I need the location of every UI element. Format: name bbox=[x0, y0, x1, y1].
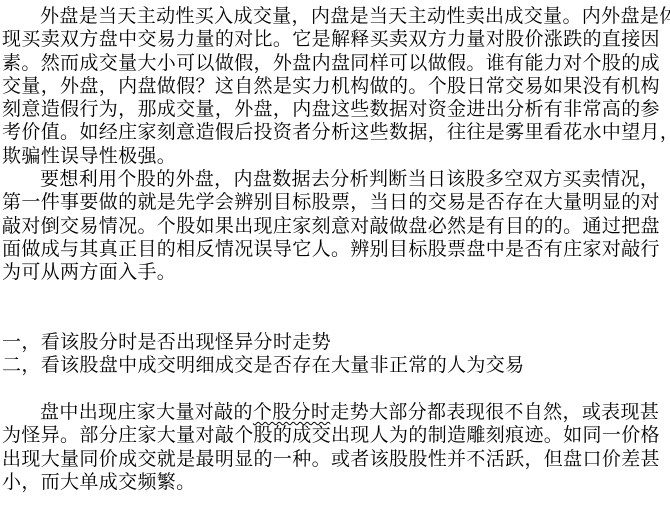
text-segment: 现买卖双方盘中交易力量的对比。它是解释买卖双方力量对股价涨跌的直接因 bbox=[2, 29, 660, 50]
text-segment: 欺骗性误导性极强。 bbox=[2, 146, 176, 167]
text-line: 第一件事要做的就是先学会辨别目标股票，当日的交易是否存在大量明显的对 bbox=[2, 191, 668, 214]
text-line: 素。然而成交量大小可以做假，外盘内盘同样可以做假。谁有能力对个股的成 bbox=[2, 52, 668, 75]
blank-line bbox=[2, 308, 668, 331]
text-segment: 敲对倒交易情况。个股如果出现庄家刻意对敲做盘必然是有目的的。通过把盘 bbox=[2, 216, 660, 237]
text-segment: 考价值。如经庄家刻意造假后投资者分析这些数据，往往是雾里看花水中望月， bbox=[2, 122, 670, 143]
text-segment: 一，看该股分时是否出现怪异分时走势 bbox=[2, 332, 331, 353]
text-line: 二，看该股盘中成交明细成交是否存在大量非正常的人为交易 bbox=[2, 354, 668, 377]
text-segment: 外盘是当天主动性买入成交量，内盘是当天主动性卖出成交量。内外盘是体 bbox=[40, 6, 670, 27]
text-segment: 为可从两方面入手。 bbox=[2, 262, 176, 283]
text-line: 现买卖双方盘中交易力量的对比。它是解释买卖双方力量对股价涨跌的直接因 bbox=[2, 28, 668, 51]
text-segment: 要想利用个股的外盘，内盘数据去分析判断当日该股多空双方买卖情况， bbox=[40, 169, 659, 190]
text-segment: 面做成与其真正目的相反情况误导它人。辨别目标股票盘中是否有庄家对敲行 bbox=[2, 239, 660, 260]
text-line: 面做成与其真正目的相反情况误导它人。辨别目标股票盘中是否有庄家对敲行 bbox=[2, 238, 668, 261]
text-line: 刻意造假行为，那成交量，外盘，内盘这些数据对资金进出分析有非常高的参 bbox=[2, 98, 668, 121]
text-line: 考价值。如经庄家刻意造假后投资者分析这些数据，往往是雾里看花水中望月， bbox=[2, 121, 668, 144]
text-segment: 盘中出现庄家大量对敲的 bbox=[40, 402, 253, 423]
text-line: 出现大量同价成交就是最明显的一种。或者该股股性并不活跃，但盘口价差甚 bbox=[2, 448, 668, 471]
text-line: 要想利用个股的外盘，内盘数据去分析判断当日该股多空双方买卖情况， bbox=[2, 168, 668, 191]
text-line: 为可从两方面入手。 bbox=[2, 261, 668, 284]
text-line: 交量，外盘，内盘做假？这自然是实力机构做的。个股日常交易如果没有机构 bbox=[2, 75, 668, 98]
text-segment: 为怪异。部分庄家大量对敲个股的成交出现人为的制造雕刻痕迹。如同一价格 bbox=[2, 425, 660, 446]
text-line: 欺骗性误导性极强。 bbox=[2, 145, 668, 168]
text-line: 敲对倒交易情况。个股如果出现庄家刻意对敲做盘必然是有目的的。通过把盘 bbox=[2, 215, 668, 238]
text-segment: 交量，外盘，内盘做假？这自然是实力机构做的。个股日常交易如果没有机构 bbox=[2, 76, 660, 97]
text-segment: 出现大量同价成交就是最明显的一种。或者该股股性并不活跃，但盘口价差甚 bbox=[2, 449, 660, 470]
text-segment: 小，而大单成交频繁。 bbox=[2, 472, 196, 493]
text-segment: 刻意造假行为，那成交量，外盘，内盘这些数据对资金进出分析有非常高的参 bbox=[2, 99, 660, 120]
wavy-underlined-text: 个股分时 bbox=[253, 402, 330, 423]
text-line: 外盘是当天主动性买入成交量，内盘是当天主动性卖出成交量。内外盘是体 bbox=[2, 5, 668, 28]
blank-line bbox=[2, 378, 668, 401]
text-segment: 走势大部分都表现很不自然，或表现甚 bbox=[330, 402, 659, 423]
text-line: 一，看该股分时是否出现怪异分时走势 bbox=[2, 331, 668, 354]
text-line: 小，而大单成交频繁。 bbox=[2, 471, 668, 494]
text-segment: 第一件事要做的就是先学会辨别目标股票，当日的交易是否存在大量明显的对 bbox=[2, 192, 660, 213]
text-line: 为怪异。部分庄家大量对敲个股的成交出现人为的制造雕刻痕迹。如同一价格 bbox=[2, 424, 668, 447]
document-page: { "page": { "background": "#ffffff", "te… bbox=[0, 0, 670, 512]
text-line: 盘中出现庄家大量对敲的个股分时走势大部分都表现很不自然，或表现甚 bbox=[2, 401, 668, 424]
text-segment: 素。然而成交量大小可以做假，外盘内盘同样可以做假。谁有能力对个股的成 bbox=[2, 53, 660, 74]
blank-line bbox=[2, 285, 668, 308]
document-text: 外盘是当天主动性买入成交量，内盘是当天主动性卖出成交量。内外盘是体现买卖双方盘中… bbox=[0, 0, 670, 494]
text-segment: 二，看该股盘中成交明细成交是否存在大量非正常的人为交易 bbox=[2, 355, 524, 376]
